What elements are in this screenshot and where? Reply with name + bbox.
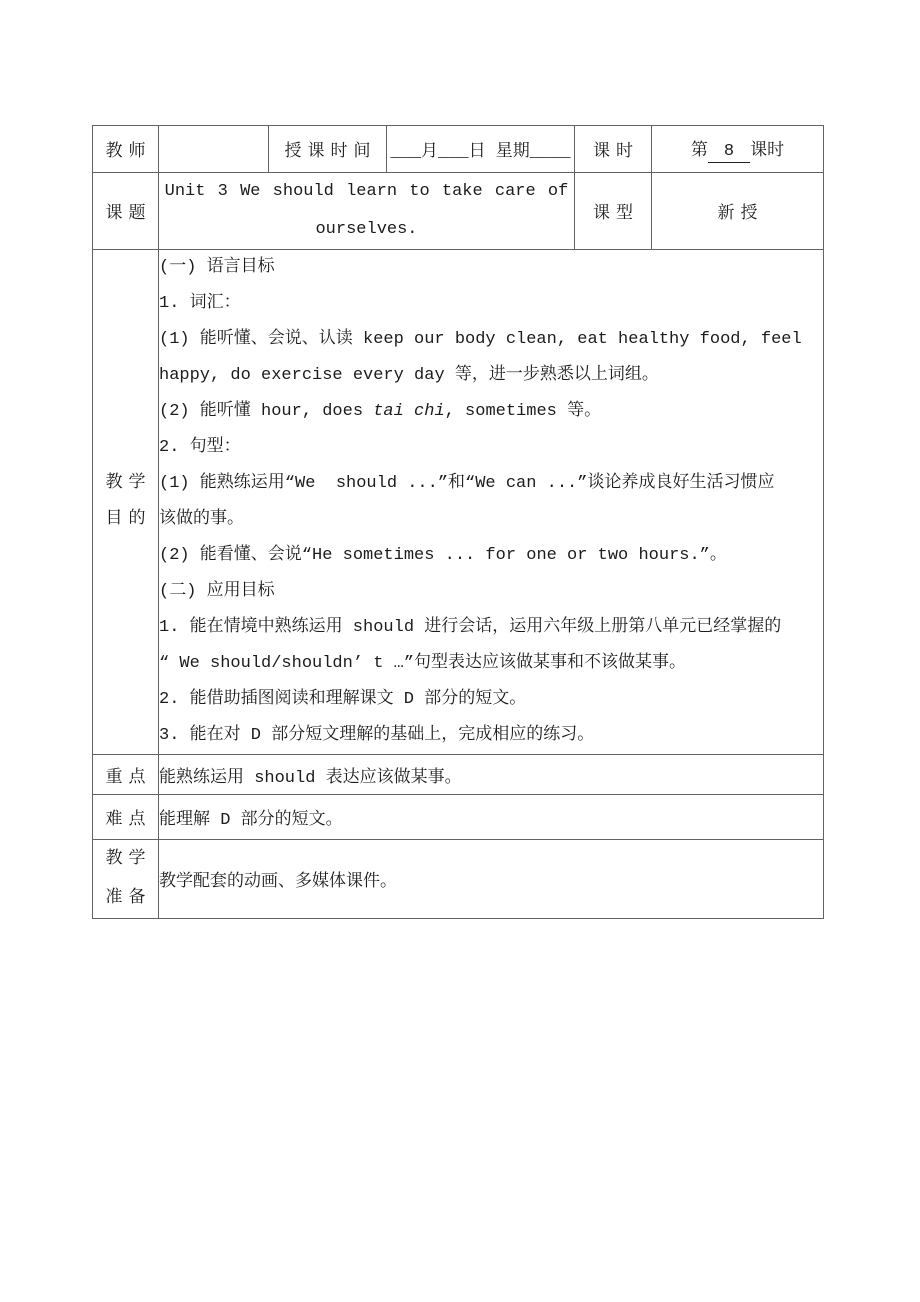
key-points-text: 能熟练运用 should 表达应该做某事。 [159,755,824,795]
text-segment: 2. 能借助插图阅读和理解课文 D 部分的短文。 [159,690,526,709]
objective-line: 2. 句型： [159,430,823,466]
table-row: 重点 能熟练运用 should 表达应该做某事。 [93,755,824,795]
objectives-label: 教学目的 [93,250,159,755]
lesson-plan-page: 教师 授课时间 ___月___日 星期____ 课时 第8课时 课题 Unit … [0,0,920,1302]
text-segment: 1. 词汇： [159,294,241,313]
objective-line: “ We should/shouldn’ t …”句型表达应该做某事和不该做某事… [159,646,823,682]
objective-line: (1) 能熟练运用“We should ...”和“We can ...”谈论养… [159,466,823,502]
text-segment: (二) 应用目标 [159,582,275,601]
preparation-text: 教学配套的动画、多媒体课件。 [159,840,824,919]
label-line: 教学 [93,840,158,879]
table-row: 课题 Unit 3 We should learn to take care o… [93,173,824,250]
lesson-type-value: 新授 [652,173,824,250]
text-segment: “ We should/shouldn’ t …”句型表达应该做某事和不该做某事… [159,654,686,673]
table-row: 教学目的 (一) 语言目标1. 词汇：(1) 能听懂、会说、认读 keep ou… [93,250,824,755]
objective-line: 3. 能在对 D 部分短文理解的基础上，完成相应的练习。 [159,718,823,754]
period-suffix: 课时 [750,142,784,161]
topic-line-2: ourselves. [159,211,574,249]
objectives-content: (一) 语言目标1. 词汇：(1) 能听懂、会说、认读 keep our bod… [159,250,824,755]
topic-value-cell: Unit 3 We should learn to take care of o… [159,173,575,250]
teacher-label: 教师 [93,126,159,173]
objective-line: (1) 能听懂、会说、认读 keep our body clean, eat h… [159,322,823,358]
objective-line: 1. 词汇： [159,286,823,322]
label-line: 教学 [93,466,158,502]
text-segment: happy, do exercise every day 等，进一步熟悉以上词组… [159,366,659,385]
text-segment: , sometimes 等。 [445,402,601,421]
table-row: 教学准备 教学配套的动画、多媒体课件。 [93,840,824,919]
objective-line: happy, do exercise every day 等，进一步熟悉以上词组… [159,358,823,394]
difficult-points-label: 难点 [93,795,159,840]
label-line: 准备 [93,879,158,918]
period-number: 8 [708,142,750,163]
objective-line: (一) 语言目标 [159,250,823,286]
table-row: 难点 能理解 D 部分的短文。 [93,795,824,840]
difficult-points-text: 能理解 D 部分的短文。 [159,795,824,840]
objective-line: 2. 能借助插图阅读和理解课文 D 部分的短文。 [159,682,823,718]
objective-line: 1. 能在情境中熟练运用 should 进行会话，运用六年级上册第八单元已经掌握… [159,610,823,646]
text-segment: (1) 能听懂、会说、认读 keep our body clean, eat h… [159,330,802,349]
text-segment: 2. 句型： [159,438,241,457]
preparation-label: 教学准备 [93,840,159,919]
text-segment: 该做的事。 [159,510,244,529]
time-label: 授课时间 [269,126,387,173]
teacher-value-cell [159,126,269,173]
text-segment: (2) 能看懂、会说“He sometimes ... for one or t… [159,546,727,565]
topic-line-1: Unit 3 We should learn to take care of [159,173,574,211]
topic-label: 课题 [93,173,159,250]
lesson-type-label: 课型 [575,173,652,250]
period-prefix: 第 [691,142,708,161]
text-segment: 1. 能在情境中熟练运用 should 进行会话，运用六年级上册第八单元已经掌握… [159,618,781,637]
objective-line: 该做的事。 [159,502,823,538]
label-line: 目的 [93,502,158,538]
table-row: 教师 授课时间 ___月___日 星期____ 课时 第8课时 [93,126,824,173]
key-points-label: 重点 [93,755,159,795]
period-label: 课时 [575,126,652,173]
time-value: ___月___日 星期____ [387,126,575,173]
period-value-cell: 第8课时 [652,126,824,173]
lesson-plan-table: 教师 授课时间 ___月___日 星期____ 课时 第8课时 课题 Unit … [92,125,824,919]
objective-line: (二) 应用目标 [159,574,823,610]
text-segment: 3. 能在对 D 部分短文理解的基础上，完成相应的练习。 [159,726,594,745]
period-value: 第8课时 [691,142,784,161]
objective-line: (2) 能听懂 hour, does tai chi, sometimes 等。 [159,394,823,430]
objective-line: (2) 能看懂、会说“He sometimes ... for one or t… [159,538,823,574]
italic-text-segment: tai chi [373,402,444,421]
text-segment: (2) 能听懂 hour, does [159,402,373,421]
text-segment: (1) 能熟练运用“We should ...”和“We can ...”谈论养… [159,474,774,493]
text-segment: (一) 语言目标 [159,258,275,277]
